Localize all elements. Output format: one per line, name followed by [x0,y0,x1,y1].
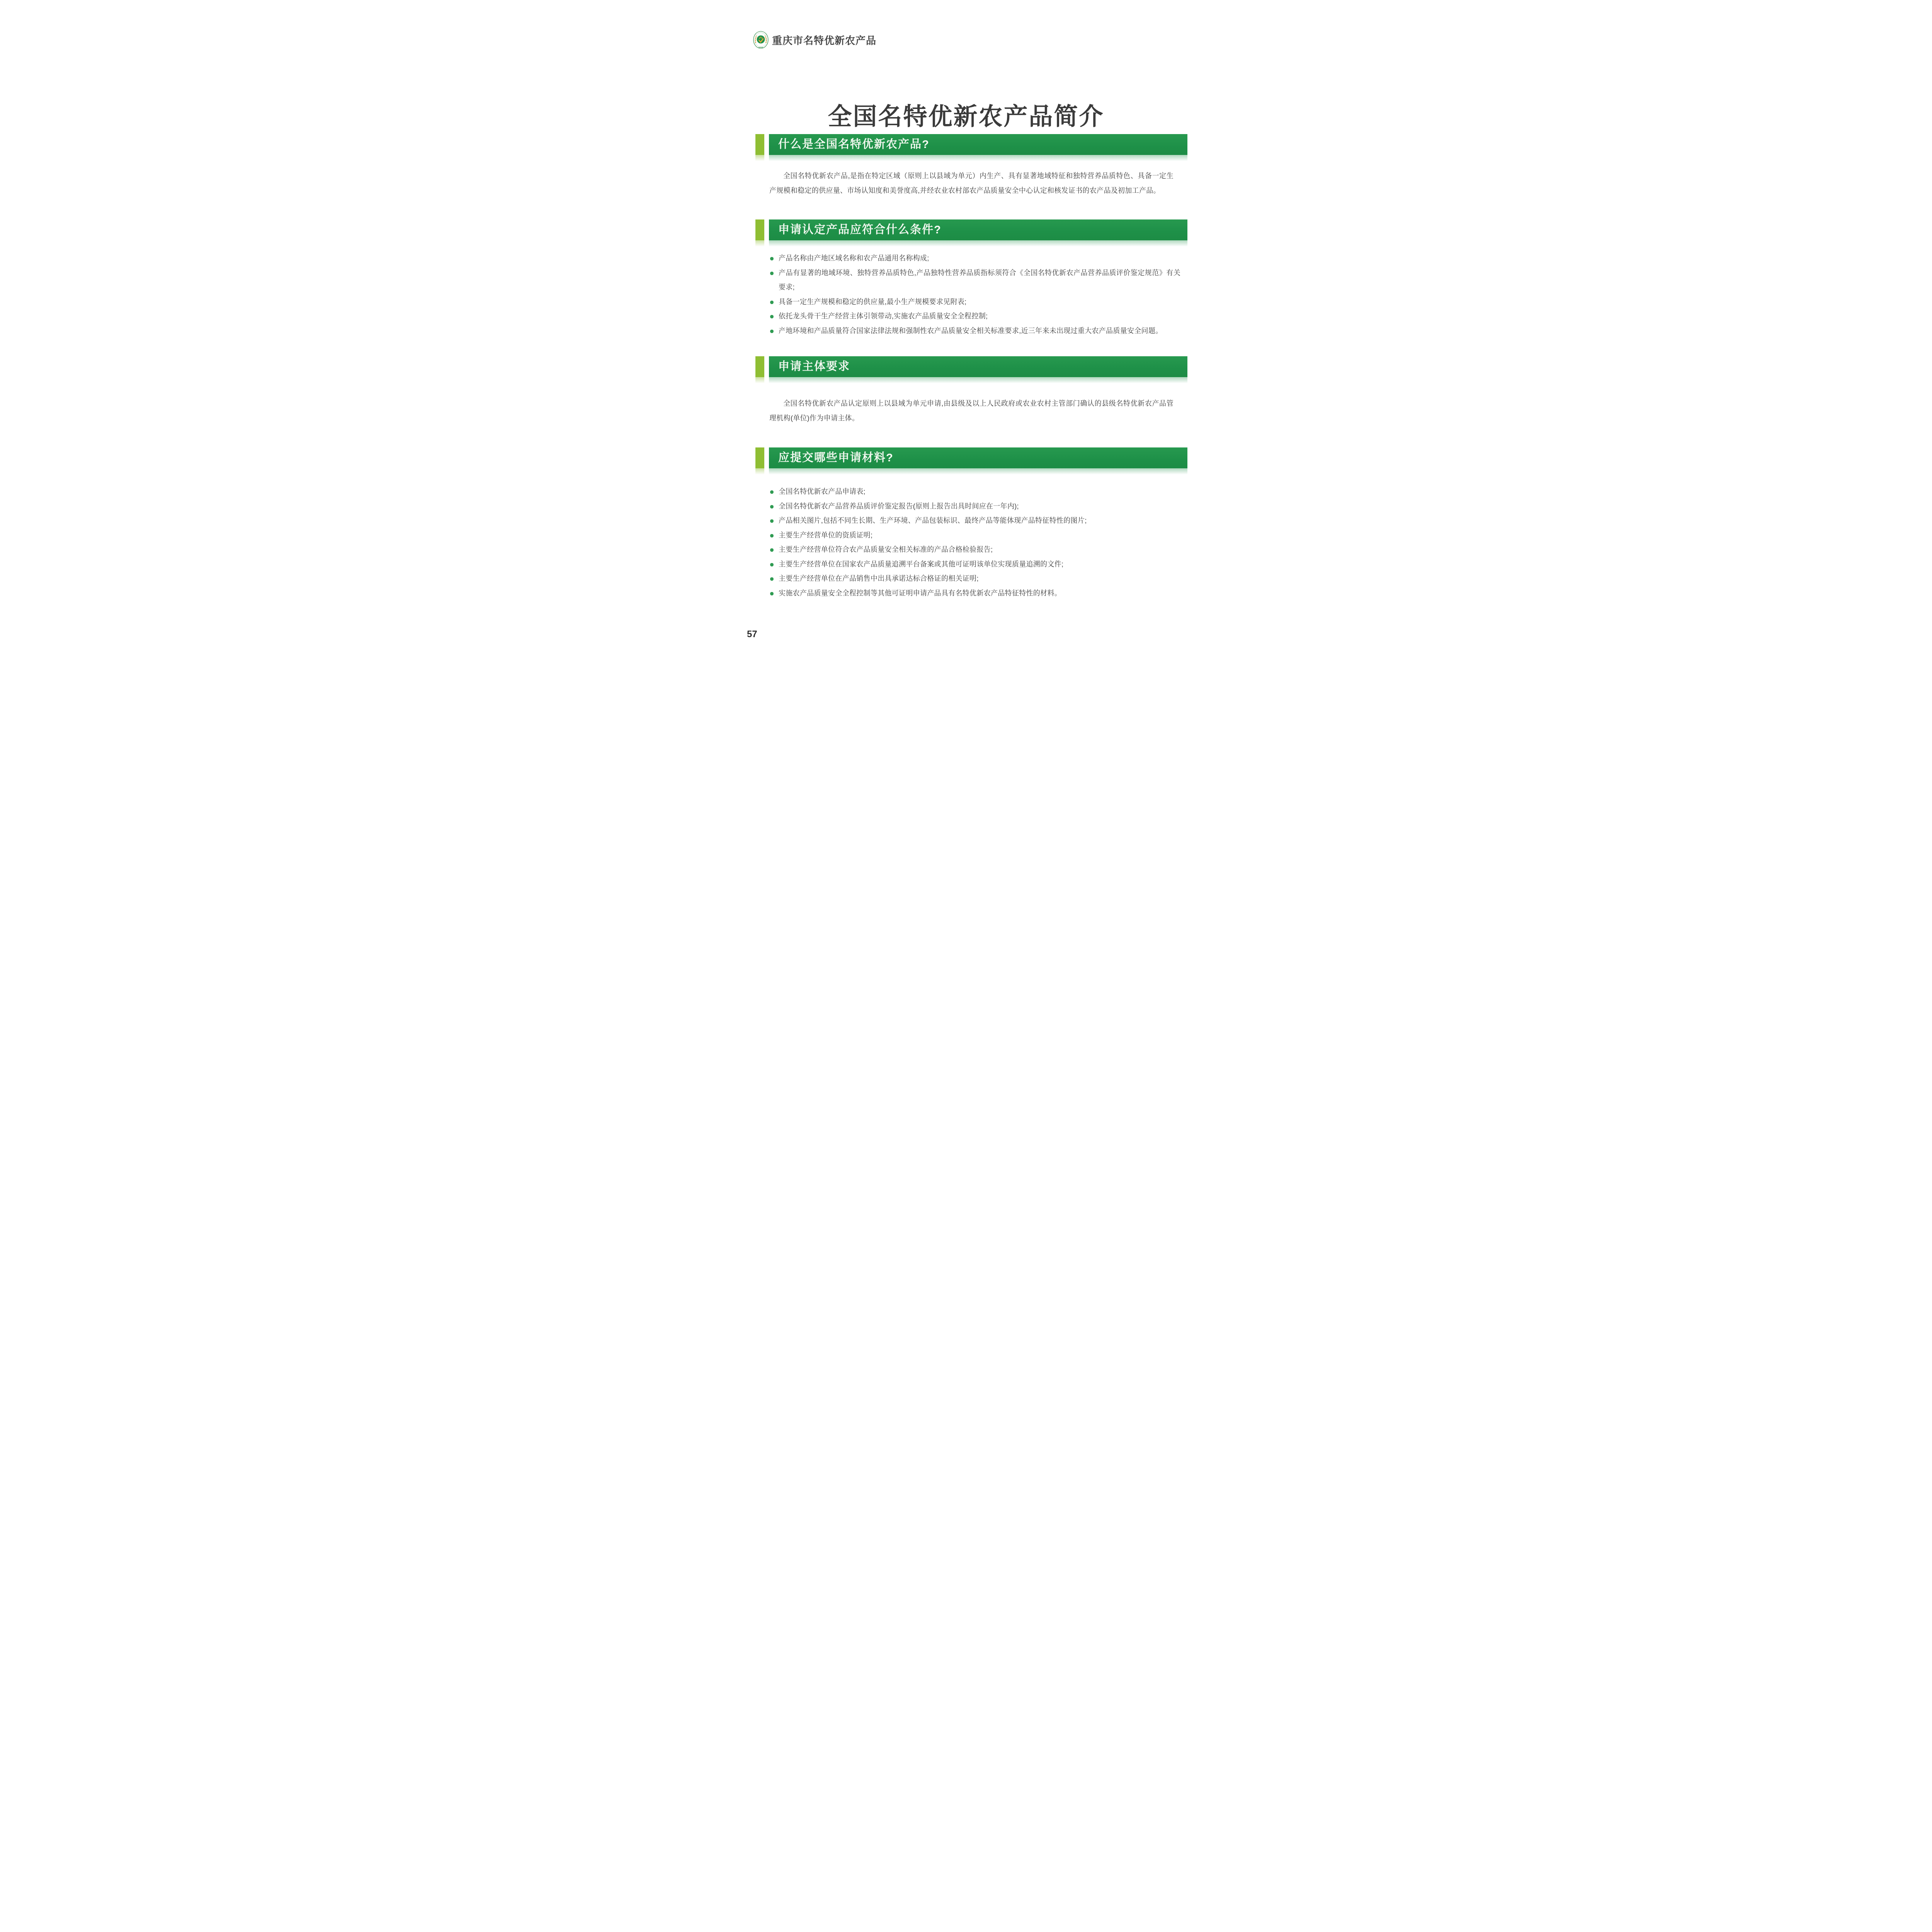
list-item: 主要生产经营单位的资质证明; [769,528,1180,543]
section-accent-bar [755,447,764,468]
list-item: 全国名特优新农产品申请表; [769,485,1180,499]
section-accent-bar [755,356,764,377]
brand-header: 重庆市名特优新农产品 [753,31,876,49]
section-heading: 申请认定产品应符合什么条件? [778,219,942,240]
section-header-band: 申请主体要求 [769,356,1187,377]
section-2-bullet-list: 产品名称由产地区域名称和农产品通用名称构成; 产品有显著的地域环境、独特营养品质… [769,251,1180,338]
list-item: 主要生产经营单位在国家农产品质量追溯平台备案或其他可证明该单位实现质量追溯的文件… [769,557,1180,572]
section-heading: 应提交哪些申请材料? [778,447,894,468]
section-header-band: 应提交哪些申请材料? [769,447,1187,468]
list-item: 全国名特优新农产品营养品质评价鉴定报告(原则上报告出具时间应在一年内); [769,499,1180,514]
list-item: 产品名称由产地区域名称和农产品通用名称构成; [769,251,1180,266]
section-3-paragraph: 全国名特优新农产品认定原则上以县域为单元申请,由县级及以上人民政府或农业农村主管… [769,396,1173,425]
list-item: 产品有显著的地域环境、独特营养品质特色,产品独特性营养品质指标须符合《全国名特优… [769,266,1180,295]
list-item: 具备一定生产规模和稳定的供应量,最小生产规模要求见附表; [769,295,1180,310]
list-item: 产品相关图片,包括不同生长期、生产环境、产品包装标识、最终产品等能体现产品特征特… [769,514,1180,528]
list-item: 依托龙头骨干生产经营主体引领带动,实施农产品质量安全全程控制; [769,309,1180,324]
brand-name: 重庆市名特优新农产品 [772,33,876,47]
document-page: 重庆市名特优新农产品 全国名特优新农产品简介 什么是全国名特优新农产品? 全国名… [723,0,1209,664]
section-header-row-2: 申请认定产品应符合什么条件? [723,219,1209,240]
list-item: 主要生产经营单位符合农产品质量安全相关标准的产品合格检验报告; [769,543,1180,557]
section-header-band: 申请认定产品应符合什么条件? [769,219,1187,240]
section-accent-bar [755,219,764,240]
list-item: 主要生产经营单位在产品销售中出具承诺达标合格证的相关证明; [769,571,1180,586]
list-item: 实施农产品质量安全全程控制等其他可证明申请产品具有名特优新农产品特征特性的材料。 [769,586,1180,601]
section-heading: 什么是全国名特优新农产品? [778,134,930,155]
page-title: 全国名特优新农产品简介 [723,97,1209,132]
section-4-bullet-list: 全国名特优新农产品申请表; 全国名特优新农产品营养品质评价鉴定报告(原则上报告出… [769,485,1180,600]
brand-emblem-icon [753,31,769,49]
section-header-row-1: 什么是全国名特优新农产品? [723,134,1209,155]
list-item: 产地环境和产品质量符合国家法律法规和强制性农产品质量安全相关标准要求,近三年来未… [769,324,1180,338]
page-number: 57 [747,629,757,640]
section-1-paragraph: 全国名特优新农产品,是指在特定区域（原则上以县域为单元）内生产、具有显著地域特征… [769,169,1173,198]
section-heading: 申请主体要求 [778,356,850,377]
section-header-row-4: 应提交哪些申请材料? [723,447,1209,468]
section-header-row-3: 申请主体要求 [723,356,1209,377]
section-accent-bar [755,134,764,155]
section-header-band: 什么是全国名特优新农产品? [769,134,1187,155]
